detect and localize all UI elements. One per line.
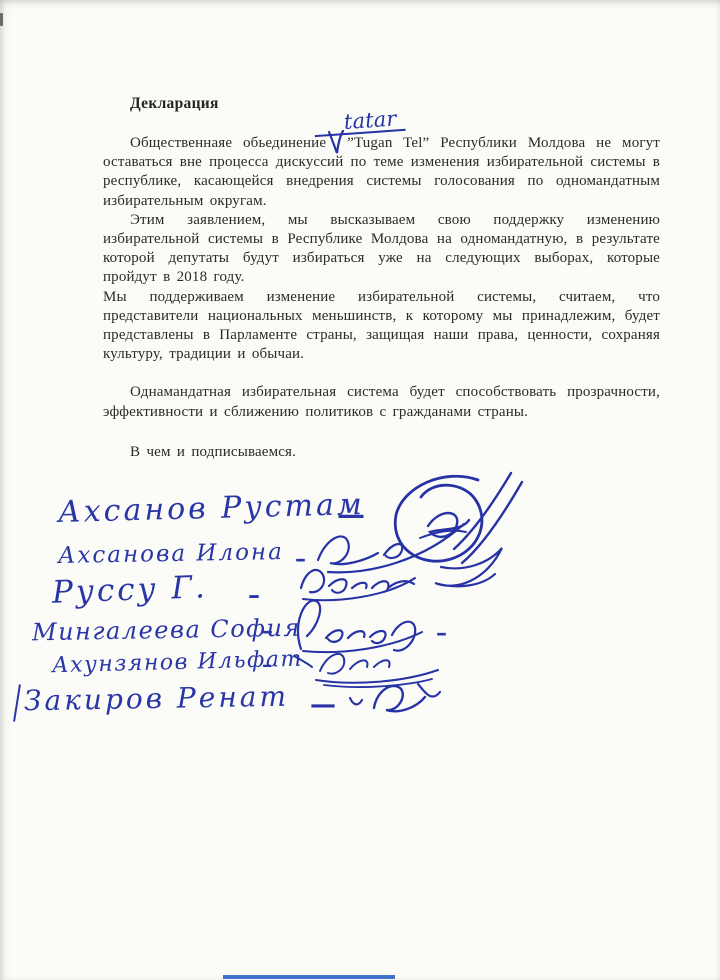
paragraph-1: Общественнаяе обьединениеtatar”Tugan Tel… — [103, 134, 660, 211]
signature-name: Мингалеева София — [32, 614, 301, 647]
signature-dash: — — [310, 690, 336, 720]
signature-mark-icon — [308, 518, 468, 580]
signature-name: Закиров Ренат — [24, 680, 290, 718]
insertion-caret-icon — [327, 129, 346, 155]
signature-mark-icon — [294, 550, 416, 605]
scan-speck — [0, 13, 3, 26]
signature-mark-icon — [348, 674, 442, 724]
paragraph-2: Этим заявлением, мы высказываем свою под… — [103, 211, 660, 288]
signature-mark-icon — [292, 640, 440, 688]
signature-name: Ахсанов Рустам — [58, 487, 366, 530]
signature-name: Ахунзянов Ильфат — [52, 647, 303, 679]
signature-dash: – — [248, 580, 260, 609]
document-title: Декларация — [130, 95, 219, 113]
paragraph-4: Однамандатная избирательная система буде… — [103, 383, 660, 421]
scanner-artifact-strip — [223, 975, 395, 979]
signature-mark-icon — [383, 470, 528, 610]
signature-pen-stroke — [13, 684, 21, 722]
scanned-page: Декларация Общественнаяе обьединениеtata… — [0, 0, 720, 980]
handwritten-insertion: tatar — [326, 134, 347, 151]
signature-dash: – — [436, 620, 447, 646]
signature-dash: – — [295, 546, 306, 572]
signature-dash: – — [262, 618, 273, 644]
signature-name: Ахсанова Илона — [58, 539, 284, 569]
paragraph-1-before-insert: Общественнаяе обьединение — [130, 135, 326, 151]
signature-dash: – — [262, 652, 272, 676]
closing-line: В чем и подписываемся. — [103, 443, 660, 462]
signature-mark-icon — [282, 591, 424, 655]
signature-name: Руссу Г. — [51, 569, 208, 610]
document-body: Общественнаяе обьединениеtatar”Tugan Tel… — [103, 134, 660, 462]
paragraph-3: Мы поддерживаем изменение избирательной … — [103, 288, 660, 365]
signature-dash: — — [337, 498, 365, 531]
